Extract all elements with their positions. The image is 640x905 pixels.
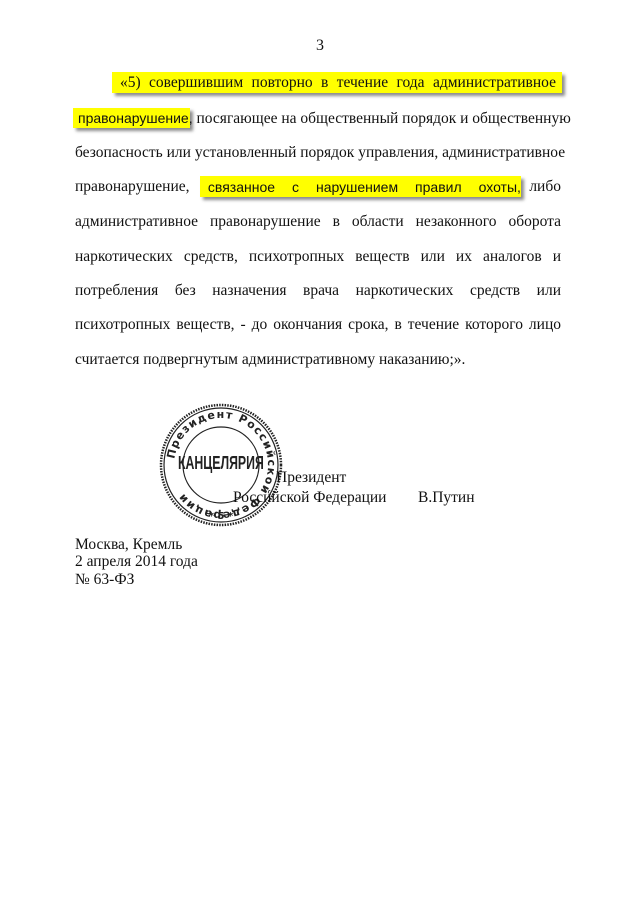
stamp-bottom-text: * 5 * [209,511,234,522]
body-text: правонарушение, [75,177,190,197]
highlighted-text-1: «5) совершившим повторно в течение года … [120,74,556,91]
body-line-3: безопасность или установленный порядок у… [75,143,561,163]
body-line-7: потребления без назначения врача наркоти… [75,281,561,301]
highlighted-text-2: правонарушение, [78,110,193,126]
signature-title-line1: Президент [276,469,346,487]
body-line-9: считается подвергнутым административному… [75,350,561,370]
stamp-center-text: КАНЦЕЛЯРИЯ [178,454,264,474]
signature-title-line2: Российской Федерации [233,489,386,507]
footer-law-number: № 63-ФЗ [75,571,134,589]
footer-date: 2 апреля 2014 года [75,553,198,571]
body-text: либо [529,177,561,197]
official-seal-stamp: Президент Российской Федерации КАНЦЕЛЯРИ… [159,403,283,527]
footer-place: Москва, Кремль [75,536,182,554]
body-line-2: правонарушение, посягающее на общественн… [75,108,561,129]
signature-name: В.Путин [418,489,475,507]
body-text: посягающее на общественный порядок и общ… [197,110,571,127]
highlighted-text-3: связанное с нарушением правил охоты, [208,177,521,197]
page-number: 3 [0,37,640,55]
body-line-5: административное правонарушение в област… [75,212,561,232]
body-line-6: наркотических средств, психотропных веще… [75,247,561,267]
body-line-8: психотропных веществ, - до окончания сро… [75,315,561,335]
body-line-4: правонарушение, связанное с нарушением п… [75,177,561,197]
body-line-1: «5) совершившим повторно в течение года … [120,73,556,93]
